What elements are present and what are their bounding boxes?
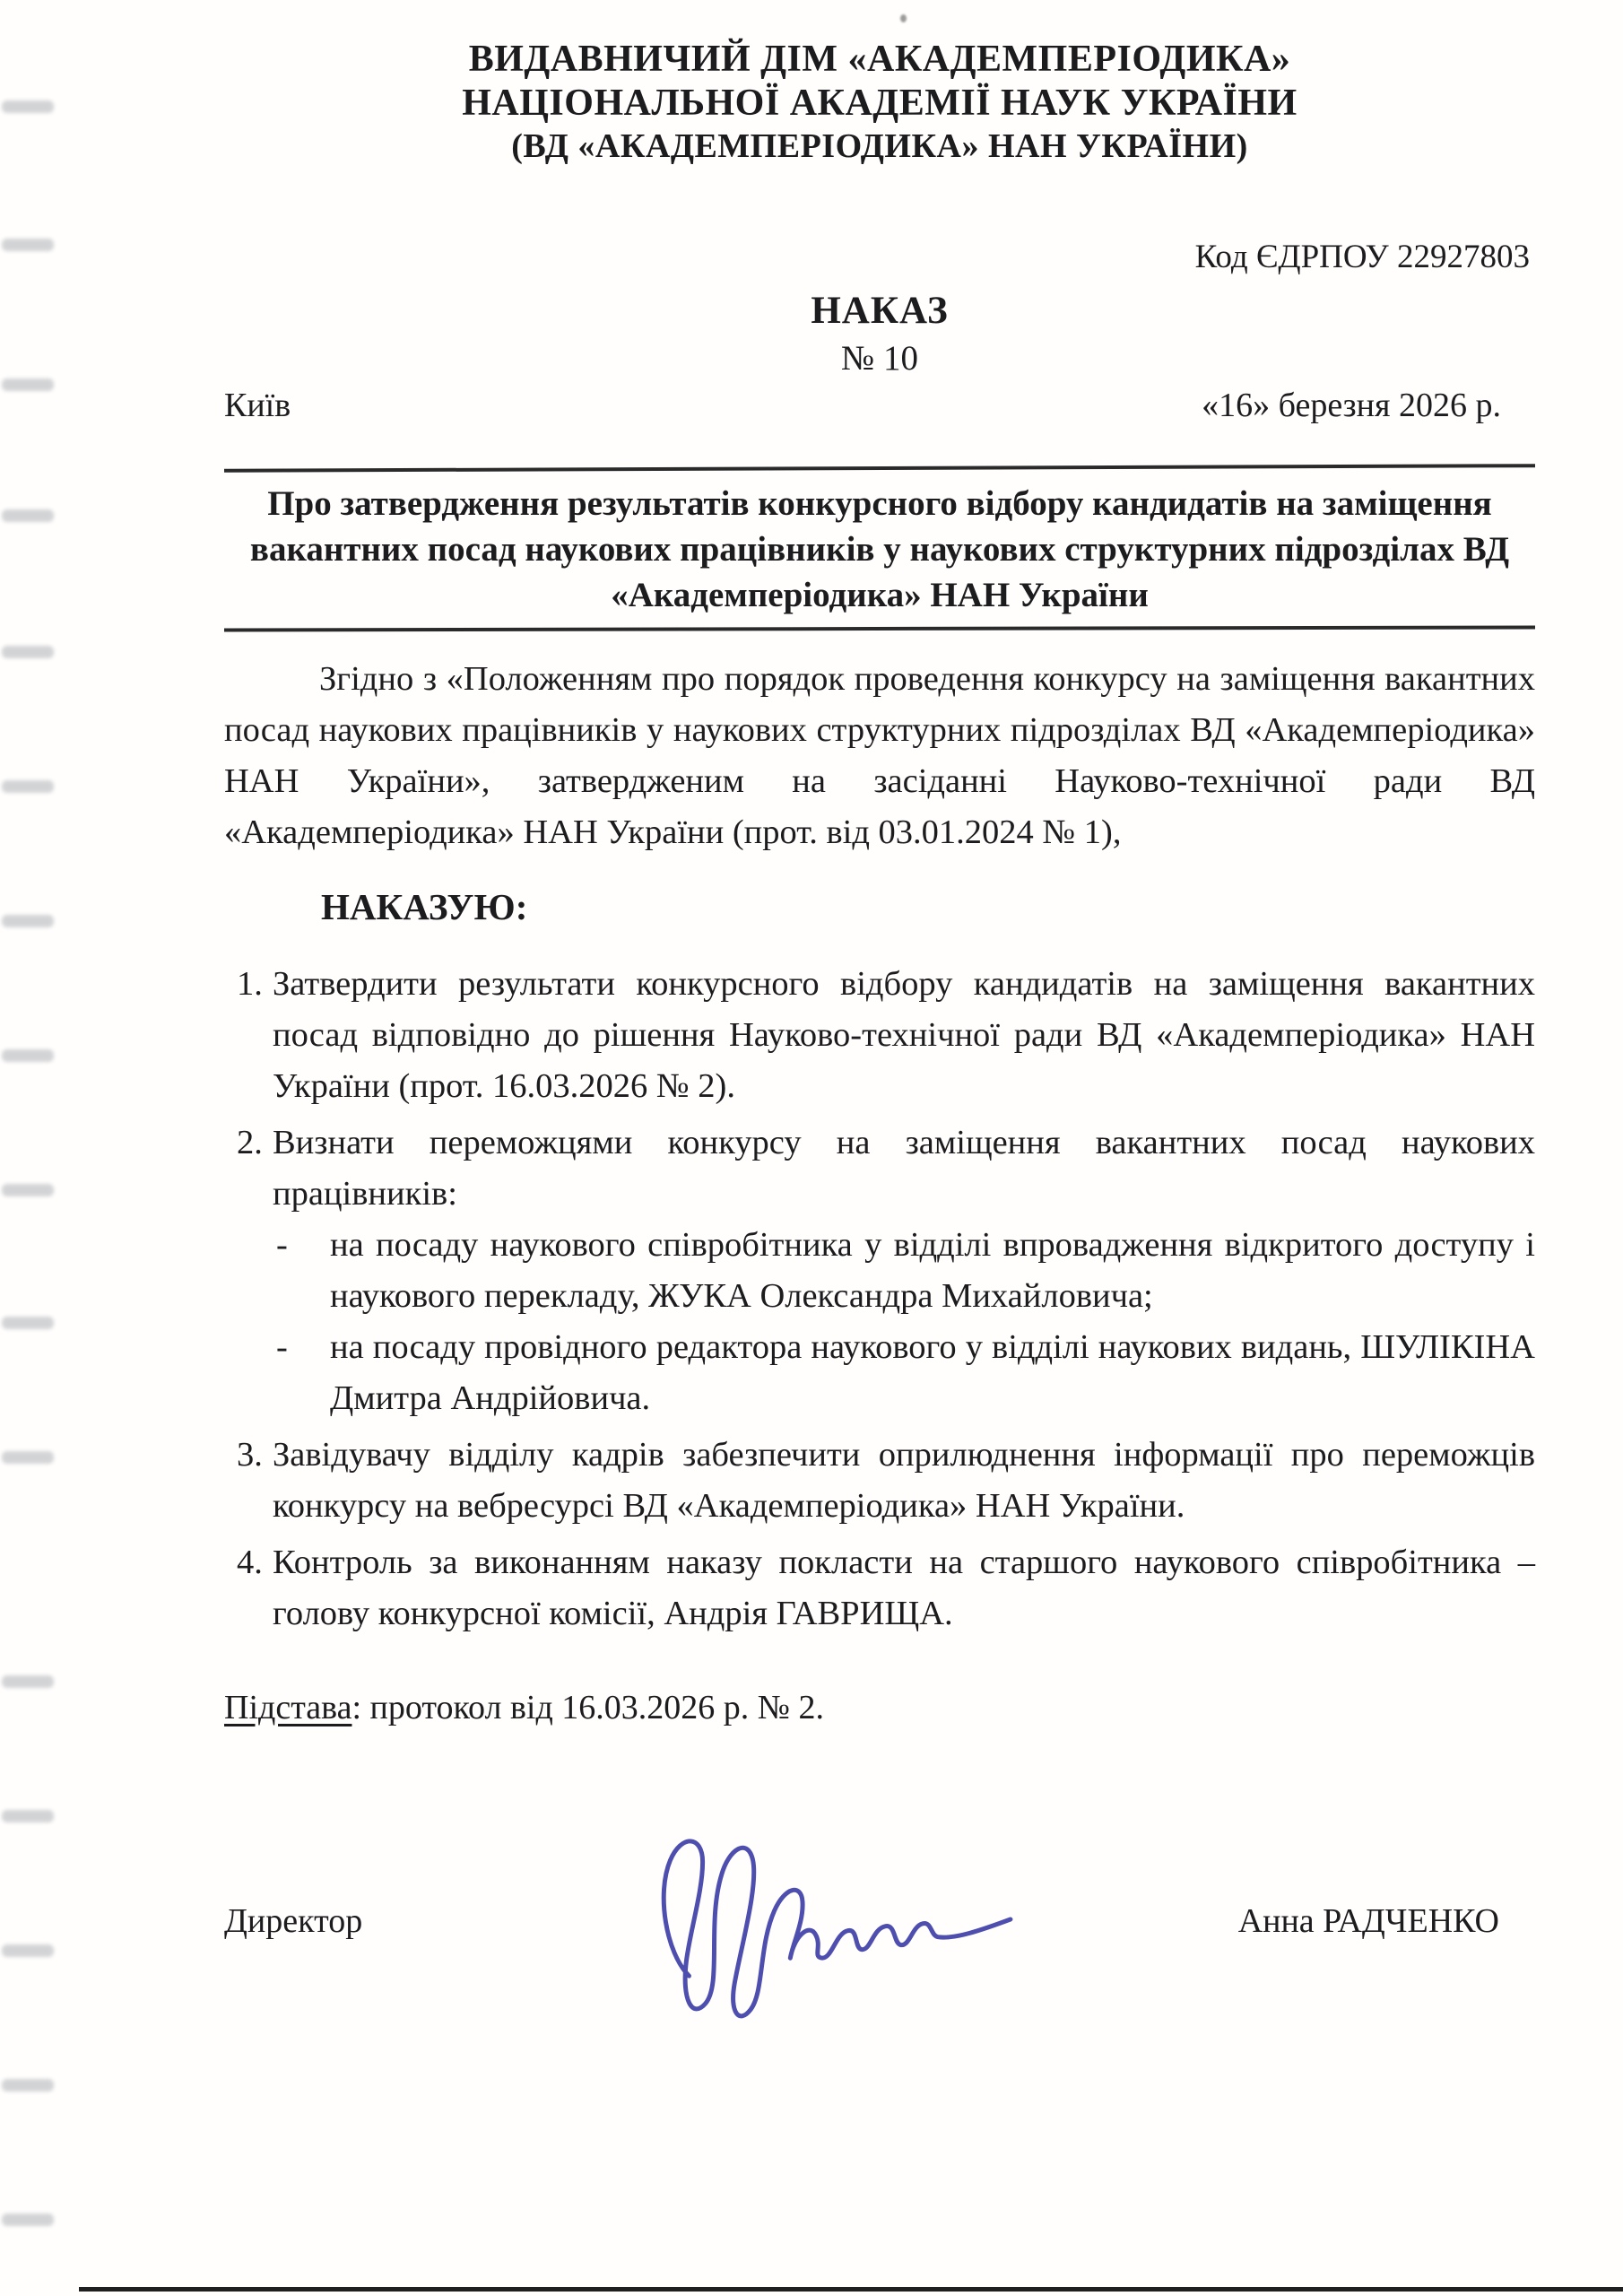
scan-artifact bbox=[2, 646, 54, 658]
handwritten-signature-icon bbox=[626, 1793, 1035, 2035]
order-keyword: НАКАЗУЮ: bbox=[224, 885, 1535, 928]
item-number: 3. bbox=[224, 1430, 273, 1532]
subitem-dash: - bbox=[273, 1220, 330, 1322]
city-date-row: Київ «16» березня 2026 р. bbox=[224, 386, 1535, 425]
scan-artifact bbox=[900, 14, 907, 22]
order-item-4: 4. Контроль за виконанням наказу покласт… bbox=[224, 1537, 1535, 1639]
item-number: 2. bbox=[224, 1118, 273, 1424]
scan-artifact bbox=[2, 509, 54, 522]
item-text: Завідувачу відділу кадрів забезпечити оп… bbox=[273, 1430, 1535, 1532]
signer-name: Анна РАДЧЕНКО bbox=[1141, 1858, 1535, 1941]
order-item-1: 1. Затвердити результати конкурсного від… bbox=[224, 959, 1535, 1112]
preamble-paragraph: Згідно з «Положенням про порядок проведе… bbox=[224, 654, 1535, 858]
scan-artifact bbox=[2, 1049, 54, 1062]
subitem-text: на посаду наукового співробітника у відд… bbox=[330, 1220, 1535, 1322]
signature-ink bbox=[520, 1858, 1141, 2022]
scanned-order-document: ВИДАВНИЧИЙ ДІМ «АКАДЕМПЕРІОДИКА» НАЦІОНА… bbox=[0, 0, 1623, 2296]
city-label: Київ bbox=[224, 386, 291, 425]
scan-artifact bbox=[2, 378, 54, 391]
scan-artifact bbox=[2, 1451, 54, 1464]
basis-line: Підстава: протокол від 16.03.2026 р. № 2… bbox=[224, 1688, 1535, 1727]
scan-artifact bbox=[2, 1317, 54, 1329]
item-text: Контроль за виконанням наказу покласти н… bbox=[273, 1537, 1535, 1639]
item-number: 4. bbox=[224, 1537, 273, 1639]
org-header: ВИДАВНИЧИЙ ДІМ «АКАДЕМПЕРІОДИКА» НАЦІОНА… bbox=[224, 38, 1535, 168]
edrpou-code: Код ЄДРПОУ 22927803 bbox=[224, 238, 1535, 276]
order-item-3: 3. Завідувачу відділу кадрів забезпечити… bbox=[224, 1430, 1535, 1532]
order-subitem-2: - на посаду провідного редактора науково… bbox=[273, 1322, 1535, 1424]
item-number: 1. bbox=[224, 959, 273, 1112]
scan-artifact bbox=[2, 100, 54, 113]
scan-artifact bbox=[2, 1810, 54, 1822]
director-role-label: Директор bbox=[224, 1858, 520, 1941]
basis-label: Підстава bbox=[224, 1689, 352, 1726]
scan-artifact bbox=[2, 780, 54, 793]
scan-artifact bbox=[2, 1944, 54, 1957]
item-text: Визнати переможцями конкурсу на заміщенн… bbox=[273, 1118, 1535, 1220]
basis-text: : протокол від 16.03.2026 р. № 2. bbox=[352, 1689, 824, 1726]
org-name-line2: НАЦІОНАЛЬНОЇ АКАДЕМІЇ НАУК УКРАЇНИ bbox=[224, 82, 1535, 126]
scan-artifact bbox=[2, 2079, 54, 2092]
scan-artifact bbox=[2, 915, 54, 927]
order-item-2: 2. Визнати переможцями конкурсу на заміщ… bbox=[224, 1118, 1535, 1424]
page-bottom-edge bbox=[79, 2287, 1623, 2292]
date-label: «16» березня 2026 р. bbox=[1202, 386, 1535, 425]
scan-artifact bbox=[2, 1675, 54, 1688]
item-text: Затвердити результати конкурсного відбор… bbox=[273, 959, 1535, 1112]
doc-type-label: НАКАЗ bbox=[224, 289, 1535, 333]
scan-artifact bbox=[2, 239, 54, 251]
document-title: Про затвердження результатів конкурсного… bbox=[224, 470, 1535, 627]
subitem-text: на посаду провідного редактора наукового… bbox=[330, 1322, 1535, 1424]
org-name-line1: ВИДАВНИЧИЙ ДІМ «АКАДЕМПЕРІОДИКА» bbox=[224, 38, 1535, 82]
scan-artifact bbox=[2, 1184, 54, 1196]
subitem-dash: - bbox=[273, 1322, 330, 1424]
doc-number: № 10 bbox=[224, 338, 1535, 378]
org-name-line3: (ВД «АКАДЕМПЕРІОДИКА» НАН УКРАЇНИ) bbox=[224, 126, 1535, 168]
order-subitem-1: - на посаду наукового співробітника у ві… bbox=[273, 1220, 1535, 1322]
scan-artifact bbox=[2, 2213, 54, 2226]
order-items-list: 1. Затвердити результати конкурсного від… bbox=[224, 959, 1535, 1639]
signature-block: Директор Анна РАДЧЕНКО bbox=[224, 1858, 1535, 2022]
